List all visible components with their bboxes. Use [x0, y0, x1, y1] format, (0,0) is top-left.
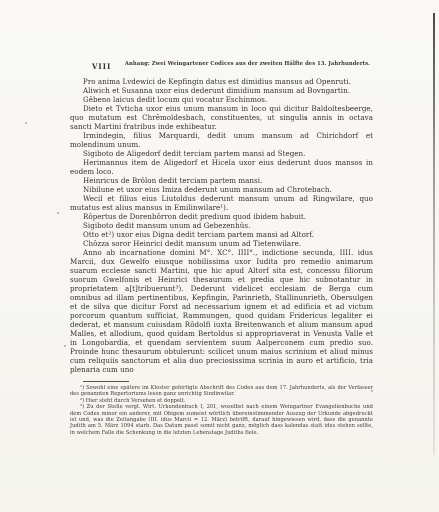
- body-paragraph: Anno ab incarnatione domini M°. XC°. III…: [70, 248, 373, 374]
- body-paragraph: Aliwich et Susanna uxor eius dederunt di…: [70, 86, 373, 95]
- scan-speck: [57, 212, 59, 214]
- body-paragraph: Sigiboto dedit mansum unum ad Gebezenhûs…: [70, 221, 373, 230]
- body-paragraph: Irmindegin, filius Marquardi, dedit unum…: [70, 131, 373, 149]
- body-paragraph: Wecil et filius eius Liutoldus dederunt …: [70, 194, 373, 212]
- scan-speck: [64, 345, 66, 347]
- page-header: VIII Anhang: Zwei Weingartener Codices a…: [70, 61, 373, 70]
- footnote: ³) Zu der Stelle vergl. Wirt. Urkundenbu…: [70, 404, 373, 436]
- footnote-rule: [83, 381, 129, 382]
- body-paragraph: Rôpertus de Dorenbôrron dedit predium qu…: [70, 212, 373, 221]
- page-number: VIII: [92, 62, 111, 71]
- running-title: Anhang: Zwei Weingartener Codices aus de…: [122, 61, 373, 67]
- body-paragraph: Gêbeno laicus dedit locum qui vocatur Es…: [70, 95, 373, 104]
- body-paragraph: Chôzza soror Heinrici dedit mansum unum …: [70, 239, 373, 248]
- scan-speck: [25, 122, 27, 124]
- body-text: Pro anima Lvdewici de Kepfingin datus es…: [70, 77, 373, 374]
- body-paragraph: Heinricus de Brôlon dedit terciam partem…: [70, 176, 373, 185]
- body-paragraph: Dieto et Tvticha uxor eius unum mansum i…: [70, 104, 373, 131]
- body-paragraph: Nibilune et uxor eius Imiza dederunt unu…: [70, 185, 373, 194]
- body-paragraph: Sigiboto de Aligedorf dedit terciam part…: [70, 149, 373, 158]
- body-paragraph: Otto et²) uxor eius Digna dedit terciam …: [70, 230, 373, 239]
- scan-edge-line: [433, 13, 435, 455]
- page-content: VIII Anhang: Zwei Weingartener Codices a…: [70, 61, 373, 436]
- body-paragraph: Pro anima Lvdewici de Kepfingin datus es…: [70, 77, 373, 86]
- footnote: ¹) Sowohl eine spätere im Kloster gefert…: [70, 385, 373, 398]
- body-paragraph: Herimannus item de Aligedorf et Hicela u…: [70, 158, 373, 176]
- scanned-book-page: VIII Anhang: Zwei Weingartener Codices a…: [0, 0, 439, 512]
- footnote-block: ¹) Sowohl eine spätere im Kloster gefert…: [70, 381, 373, 436]
